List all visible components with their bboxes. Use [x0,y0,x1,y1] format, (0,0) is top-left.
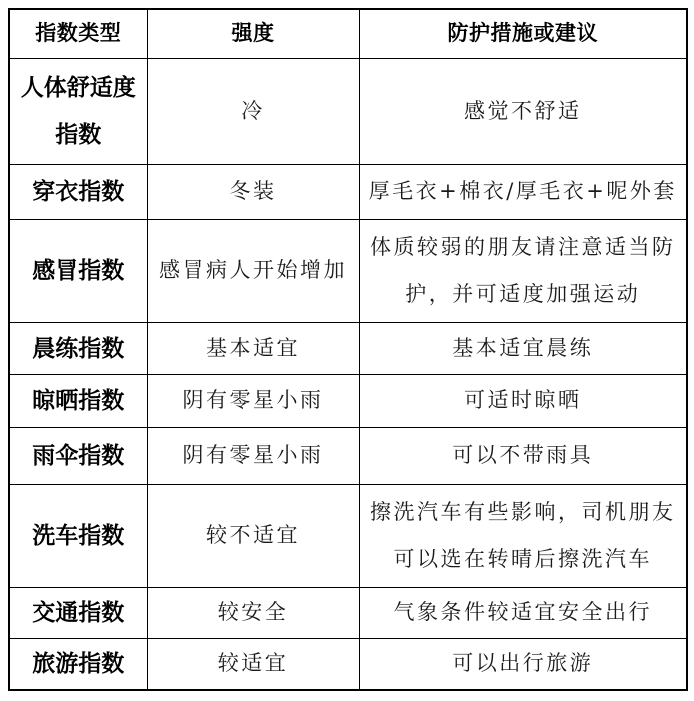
intensity-cell: 冷 [147,58,359,164]
document-page: 指数类型 强度 防护措施或建议 人体舒适度指数 冷 感觉不舒适 穿衣指数 冬装 … [0,0,694,691]
table-row: 交通指数 较安全 气象条件较适宜安全出行 [9,587,687,638]
table-row: 晾晒指数 阴有零星小雨 可适时晾晒 [9,374,687,427]
advice-cell: 感觉不舒适 [359,58,687,164]
intensity-cell: 阴有零星小雨 [147,427,359,484]
index-type-cell: 旅游指数 [9,638,147,690]
header-row: 指数类型 强度 防护措施或建议 [9,9,687,58]
intensity-cell: 基本适宜 [147,322,359,374]
advice-cell: 可以不带雨具 [359,427,687,484]
table-row: 洗车指数 较不适宜 擦洗汽车有些影响，司机朋友可以选在转晴后擦洗汽车 [9,484,687,587]
index-type-cell: 穿衣指数 [9,164,147,219]
intensity-cell: 感冒病人开始增加 [147,219,359,322]
advice-cell: 可适时晾晒 [359,374,687,427]
table-row: 晨练指数 基本适宜 基本适宜晨练 [9,322,687,374]
advice-cell: 体质较弱的朋友请注意适当防护，并可适度加强运动 [359,219,687,322]
intensity-cell: 冬装 [147,164,359,219]
table-row: 旅游指数 较适宜 可以出行旅游 [9,638,687,690]
advice-cell: 擦洗汽车有些影响，司机朋友可以选在转晴后擦洗汽车 [359,484,687,587]
index-type-cell: 洗车指数 [9,484,147,587]
table-row: 人体舒适度指数 冷 感觉不舒适 [9,58,687,164]
index-type-cell: 雨伞指数 [9,427,147,484]
advice-cell: 厚毛衣+棉衣/厚毛衣+呢外套 [359,164,687,219]
intensity-cell: 较安全 [147,587,359,638]
table-row: 穿衣指数 冬装 厚毛衣+棉衣/厚毛衣+呢外套 [9,164,687,219]
column-header-intensity: 强度 [147,9,359,58]
advice-cell: 基本适宜晨练 [359,322,687,374]
index-type-cell: 晾晒指数 [9,374,147,427]
advice-cell: 可以出行旅游 [359,638,687,690]
index-type-cell: 感冒指数 [9,219,147,322]
index-type-cell: 交通指数 [9,587,147,638]
intensity-cell: 阴有零星小雨 [147,374,359,427]
table-row: 感冒指数 感冒病人开始增加 体质较弱的朋友请注意适当防护，并可适度加强运动 [9,219,687,322]
column-header-advice: 防护措施或建议 [359,9,687,58]
table-row: 雨伞指数 阴有零星小雨 可以不带雨具 [9,427,687,484]
intensity-cell: 较适宜 [147,638,359,690]
index-type-cell: 人体舒适度指数 [9,58,147,164]
weather-index-table: 指数类型 强度 防护措施或建议 人体舒适度指数 冷 感觉不舒适 穿衣指数 冬装 … [8,8,688,691]
advice-cell: 气象条件较适宜安全出行 [359,587,687,638]
column-header-index-type: 指数类型 [9,9,147,58]
intensity-cell: 较不适宜 [147,484,359,587]
index-type-cell: 晨练指数 [9,322,147,374]
